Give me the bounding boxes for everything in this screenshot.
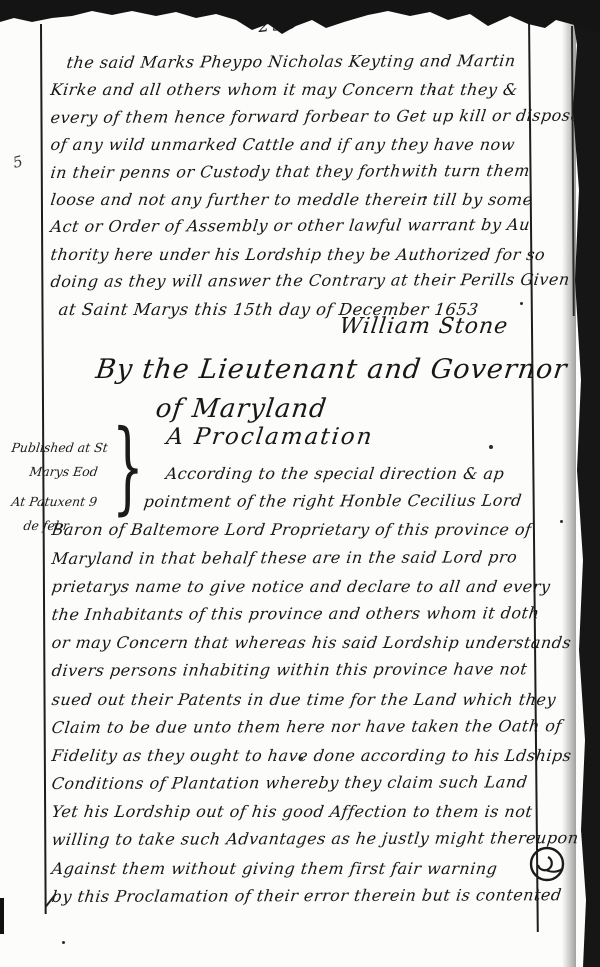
left-margin-mark: 5: [11, 152, 25, 172]
manuscript-line: of any wild unmarked Cattle and if any t…: [49, 131, 582, 158]
manuscript-line: According to the special direction & ap: [164, 460, 580, 488]
heading-of-maryland: of Maryland: [154, 394, 329, 424]
manuscript-line: Maryland in that behalf these are in the…: [50, 543, 580, 573]
manuscript-line: Fidelity as they ought to have done acco…: [50, 742, 580, 770]
proclamation-paragraph: According to the special direction & ap …: [50, 460, 577, 911]
manuscript-line: every of them hence forward forbear to G…: [49, 101, 582, 131]
manuscript-line: in their penns or Custody that they fort…: [49, 156, 582, 186]
scan-speck: [62, 941, 65, 944]
heading-lieutenant-governor: By the Lieutenant and Governor: [94, 354, 569, 385]
manuscript-line: the said Marks Pheypo Nicholas Keyting a…: [65, 47, 582, 77]
manuscript-line: doing as they will answer the Contrary a…: [49, 266, 582, 296]
continuation-paragraph: the said Marks Pheypo Nicholas Keyting a…: [49, 49, 579, 323]
manuscript-scan-page: 293 5 the said Marks Pheypo Nicholas Key…: [0, 0, 600, 967]
subheading-proclamation: A Proclamation: [165, 424, 375, 450]
left-edge-chip: [0, 898, 4, 934]
manuscript-line: pointment of the right Honble Cecilius L…: [142, 487, 580, 517]
manuscript-line: loose and not any further to meddle ther…: [49, 186, 582, 213]
manuscript-line: Baron of Baltemore Lord Proprietary of t…: [50, 516, 580, 544]
manuscript-line: the Inhabitants of this province and oth…: [50, 599, 580, 629]
top-scan-band: [0, 0, 600, 40]
scan-speck: [424, 196, 427, 199]
scan-speck: [432, 90, 435, 93]
manuscript-line: Kirke and all others whom it may Concern…: [49, 76, 582, 103]
scan-speck: [489, 445, 493, 449]
manuscript-line: Against them without giving them first f…: [50, 855, 580, 883]
margin-note-line: Published at St: [10, 436, 109, 460]
signature-william-stone: William Stone: [338, 314, 510, 339]
manuscript-line: thority here under his Lordship they be …: [49, 241, 582, 268]
scan-speck: [300, 757, 303, 760]
manuscript-line: sued out their Patents in due time for t…: [50, 686, 580, 714]
manuscript-line: Act or Order of Assembly or other lawful…: [49, 211, 582, 241]
scan-speck: [140, 642, 143, 645]
scan-speck: [520, 302, 523, 305]
circled-flourish-mark: [524, 843, 570, 887]
manuscript-line: willing to take such Advantages as he ju…: [50, 825, 580, 855]
manuscript-line: prietarys name to give notice and declar…: [50, 573, 580, 601]
manuscript-line: Claim to be due unto them here nor have …: [50, 712, 580, 742]
manuscript-line: by this Proclamation of their error ther…: [50, 881, 580, 911]
manuscript-line: or may Concern that whereas his said Lor…: [50, 629, 580, 657]
binding-shadow: [562, 0, 576, 967]
manuscript-line: Yet his Lordship out of his good Affecti…: [50, 798, 580, 826]
manuscript-line: divers persons inhabiting within this pr…: [50, 655, 580, 685]
manuscript-line: Conditions of Plantation whereby they cl…: [50, 768, 580, 798]
